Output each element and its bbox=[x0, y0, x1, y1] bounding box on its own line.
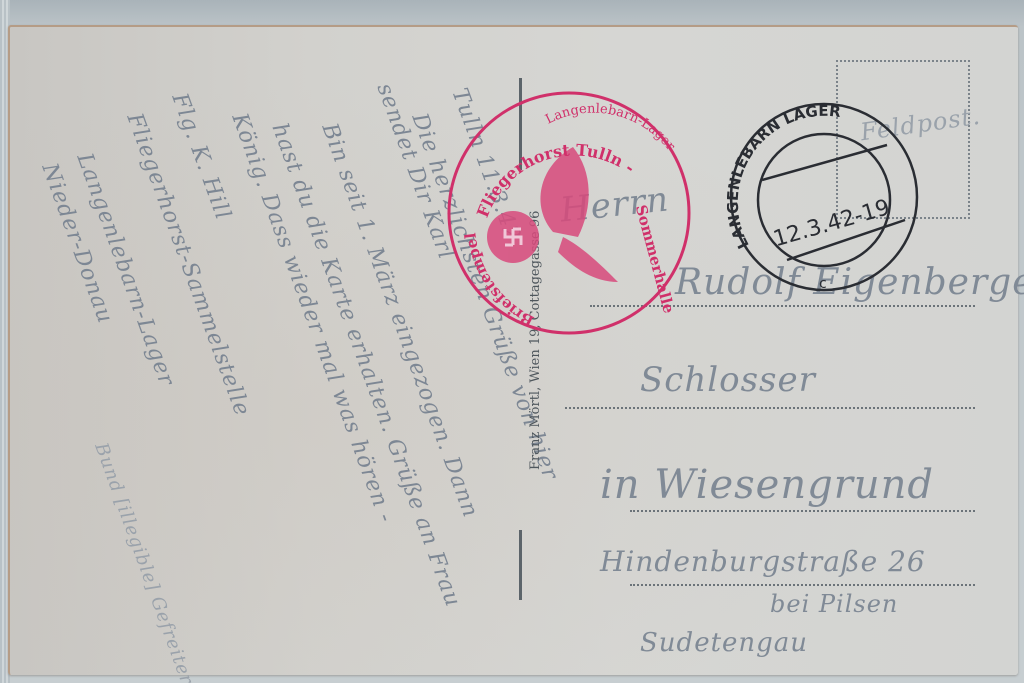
address-town: in Wiesengrund bbox=[600, 462, 934, 508]
address-line bbox=[630, 584, 975, 586]
address-line bbox=[565, 407, 975, 409]
divider-line bbox=[519, 530, 522, 600]
postmark: LANGENLEBARN LAGER 12.3.42-19 c bbox=[727, 100, 922, 295]
address-occupation: Schlosser bbox=[640, 360, 816, 400]
address-street: Hindenburgstraße 26 bbox=[600, 545, 926, 578]
address-line bbox=[630, 510, 975, 512]
address-district: Sudetengau bbox=[640, 628, 808, 658]
postmark-letter: c bbox=[819, 276, 827, 292]
censor-stamp: Fliegerhorst Tulln - Langenlebarn-Lager … bbox=[443, 87, 695, 339]
address-region: bei Pilsen bbox=[770, 590, 898, 618]
